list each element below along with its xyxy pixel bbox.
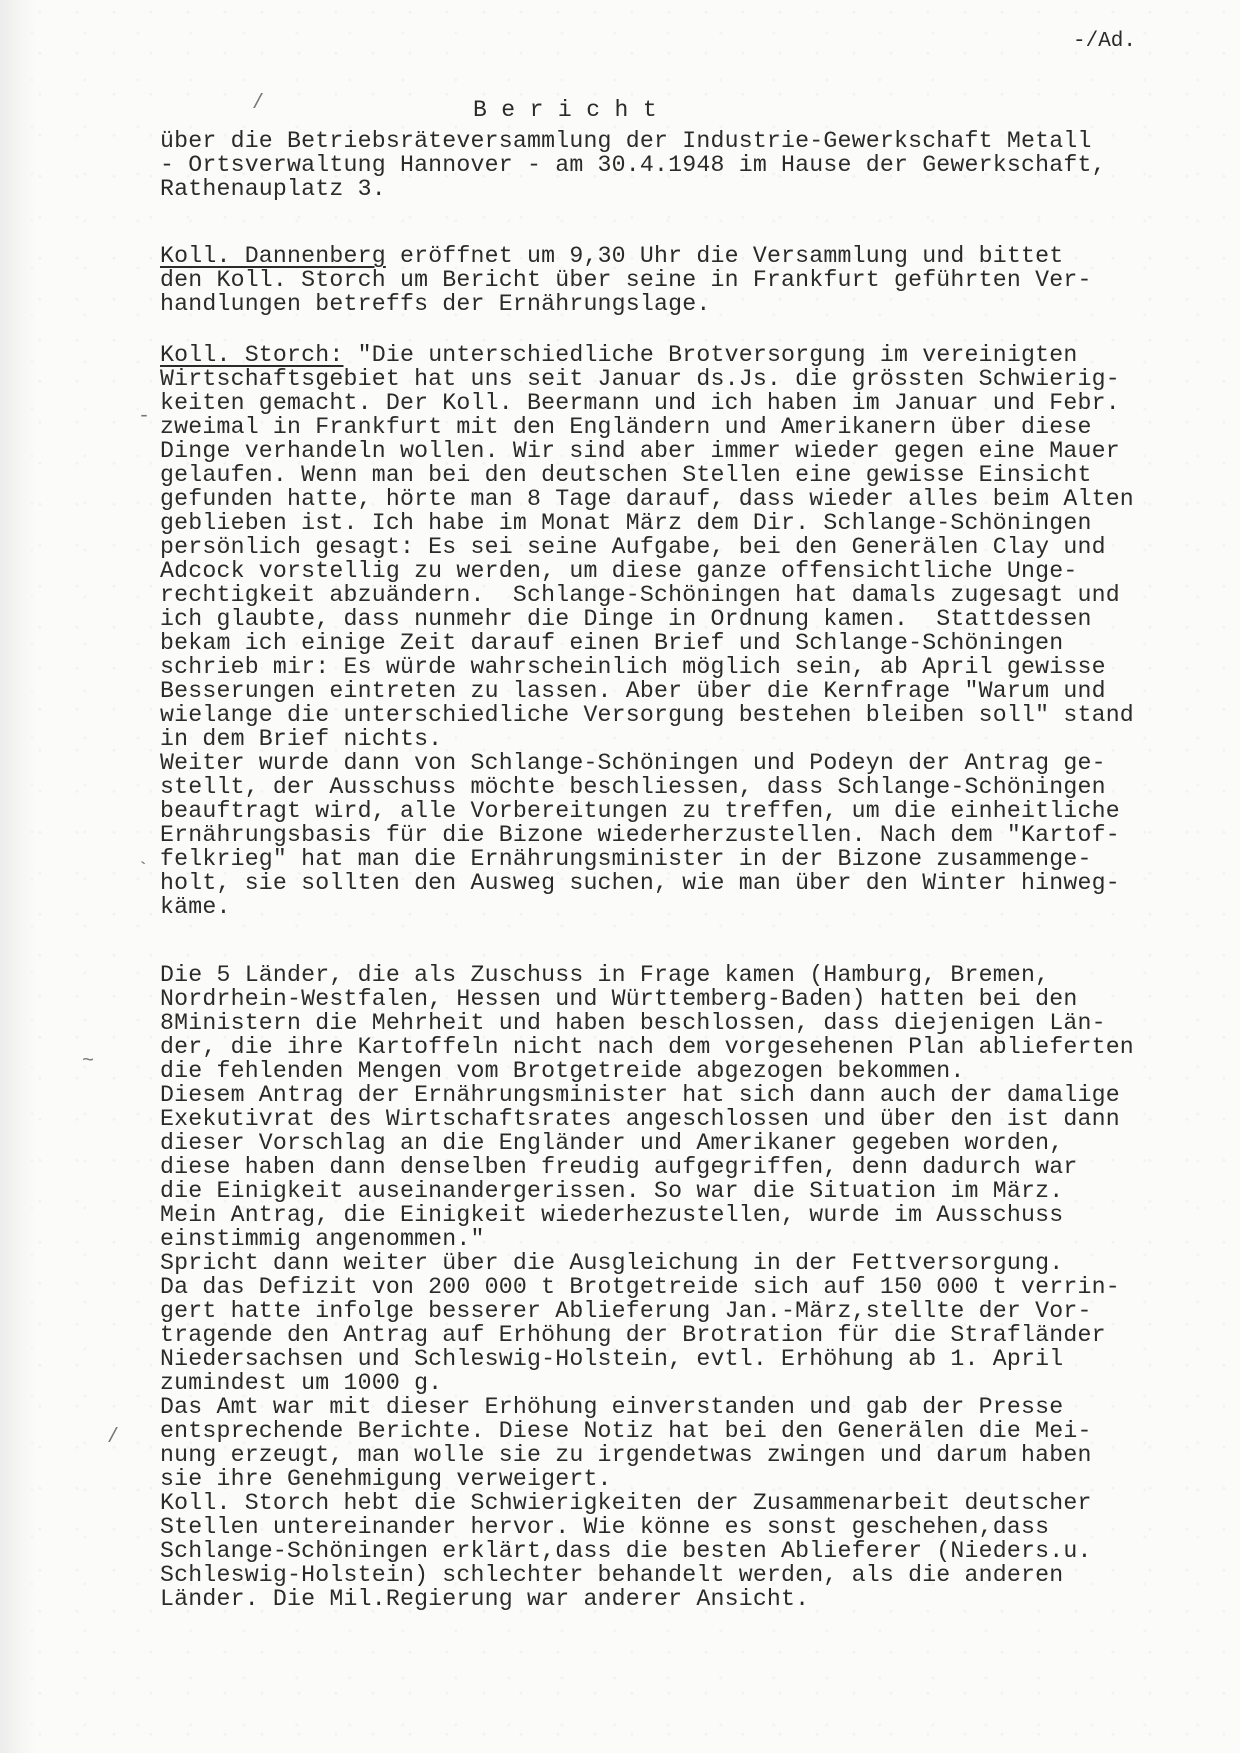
document-reference: -/Ad.	[1073, 30, 1136, 53]
paragraph-line: Niedersachsen und Schleswig-Holstein, ev…	[160, 1347, 1063, 1372]
subtitle-line: über die Betriebsräteversammlung der Ind…	[160, 129, 1092, 154]
paragraph-line: dieser Vorschlag an die Engländer und Am…	[160, 1131, 1063, 1156]
margin-mark: /	[107, 1426, 119, 1449]
paragraph-line: schrieb mir: Es würde wahrscheinlich mög…	[160, 655, 1106, 680]
paragraph-line: holt, sie sollten den Ausweg suchen, wie…	[160, 871, 1120, 896]
paragraph-line: der, die ihre Kartoffeln nicht nach dem …	[160, 1035, 1134, 1060]
paragraph-line: Ernährungsbasis für die Bizone wiederher…	[160, 823, 1120, 848]
paragraph-line: Da das Defizit von 200 000 t Brotgetreid…	[160, 1275, 1120, 1300]
paragraph-line: Besserungen eintreten zu lassen. Aber üb…	[160, 679, 1106, 704]
margin-mark: -	[138, 405, 150, 428]
paragraph-line: zweimal in Frankfurt mit den Engländern …	[160, 415, 1092, 440]
paragraph-line: geblieben ist. Ich habe im Monat März de…	[160, 511, 1092, 536]
paragraph-line: den Koll. Storch um Bericht über seine i…	[160, 268, 1092, 293]
paragraph-line: entsprechende Berichte. Diese Notiz hat …	[160, 1419, 1092, 1444]
paragraph-line: Adcock vorstellig zu werden, um diese ga…	[160, 559, 1077, 584]
paragraph-line: Dinge verhandeln wollen. Wir sind aber i…	[160, 439, 1120, 464]
paragraph-line: gelaufen. Wenn man bei den deutschen Ste…	[160, 463, 1092, 488]
paragraph-line: ich glaubte, dass nunmehr die Dinge in O…	[160, 607, 1092, 632]
paragraph-line: Weiter wurde dann von Schlange-Schöninge…	[160, 751, 1106, 776]
paragraph-line: persönlich gesagt: Es sei seine Aufgabe,…	[160, 535, 1106, 560]
paragraph-line: zumindest um 1000 g.	[160, 1371, 442, 1396]
paragraph-line: bekam ich einige Zeit darauf einen Brief…	[160, 631, 1063, 656]
document-page: -/Ad. B e r i c h t über die Betriebsrät…	[0, 0, 1240, 1753]
paragraph-line: Nordrhein-Westfalen, Hessen und Württemb…	[160, 987, 1077, 1012]
paragraph-line: Das Amt war mit dieser Erhöhung einverst…	[160, 1395, 1063, 1420]
paragraph-line: Wirtschaftsgebiet hat uns seit Januar ds…	[160, 367, 1120, 392]
paragraph-line: rechtigkeit abzuändern. Schlange-Schönin…	[160, 583, 1120, 608]
paragraph-line: in dem Brief nichts.	[160, 727, 442, 752]
speaker-dannenberg: Koll. Dannenberg	[160, 243, 386, 269]
paragraph-line: gert hatte infolge besserer Ablieferung …	[160, 1299, 1092, 1324]
subtitle-line: Rathenauplatz 3.	[160, 177, 386, 202]
paragraph-line: einstimmig angenommen."	[160, 1227, 485, 1252]
paragraph-line: keiten gemacht. Der Koll. Beermann und i…	[160, 391, 1120, 416]
paragraph-line: die Einigkeit auseinandergerissen. So wa…	[160, 1179, 1063, 1204]
paragraph-line: felkrieg" hat man die Ernährungsminister…	[160, 847, 1092, 872]
paragraph-line: Länder. Die Mil.Regierung war anderer An…	[160, 1587, 809, 1612]
paragraph-line: Die 5 Länder, die als Zuschuss in Frage …	[160, 963, 1049, 988]
paragraph-1-first-line: Koll. Dannenberg eröffnet um 9,30 Uhr di…	[160, 244, 1063, 269]
subtitle-line: - Ortsverwaltung Hannover - am 30.4.1948…	[160, 153, 1106, 178]
speaker-storch: Koll. Storch:	[160, 342, 344, 368]
paragraph-line: die fehlenden Mengen vom Brotgetreide ab…	[160, 1059, 965, 1084]
paragraph-line: gefunden hatte, hörte man 8 Tage darauf,…	[160, 487, 1134, 512]
paragraph-line: Diesem Antrag der Ernährungsminister hat…	[160, 1083, 1120, 1108]
paragraph-line: Exekutivrat des Wirtschaftsrates angesch…	[160, 1107, 1120, 1132]
paragraph-line: stellt, der Ausschuss möchte beschliesse…	[160, 775, 1106, 800]
paragraph-2-first-line: Koll. Storch: "Die unterschiedliche Brot…	[160, 343, 1077, 368]
margin-mark: ~	[82, 1050, 94, 1073]
paragraph-line: tragende den Antrag auf Erhöhung der Bro…	[160, 1323, 1106, 1348]
paragraph-line: Mein Antrag, die Einigkeit wiederhezuste…	[160, 1203, 1063, 1228]
margin-mark: `	[137, 860, 149, 883]
page-edge-shadow	[0, 0, 36, 1753]
margin-mark: /	[252, 92, 264, 115]
paragraph-line: Koll. Storch hebt die Schwierigkeiten de…	[160, 1491, 1092, 1516]
paragraph-line: nung erzeugt, man wolle sie zu irgendetw…	[160, 1443, 1092, 1468]
paragraph-line: Stellen untereinander hervor. Wie könne …	[160, 1515, 1049, 1540]
paragraph-line: käme.	[160, 895, 231, 920]
paragraph-line: Schleswig-Holstein) schlechter behandelt…	[160, 1563, 1063, 1588]
paragraph-line: 8Ministern die Mehrheit und haben beschl…	[160, 1011, 1106, 1036]
paragraph-line: beauftragt wird, alle Vorbereitungen zu …	[160, 799, 1120, 824]
paragraph-line: sie ihre Genehmigung verweigert.	[160, 1467, 612, 1492]
paragraph-line: wielange die unterschiedliche Versorgung…	[160, 703, 1134, 728]
paragraph-line: handlungen betreffs der Ernährungslage.	[160, 292, 710, 317]
paragraph-line: Schlange-Schöningen erklärt,dass die bes…	[160, 1539, 1092, 1564]
document-title: B e r i c h t	[473, 97, 657, 123]
paragraph-line: diese haben dann denselben freudig aufge…	[160, 1155, 1077, 1180]
paragraph-line: Spricht dann weiter über die Ausgleichun…	[160, 1251, 1063, 1276]
